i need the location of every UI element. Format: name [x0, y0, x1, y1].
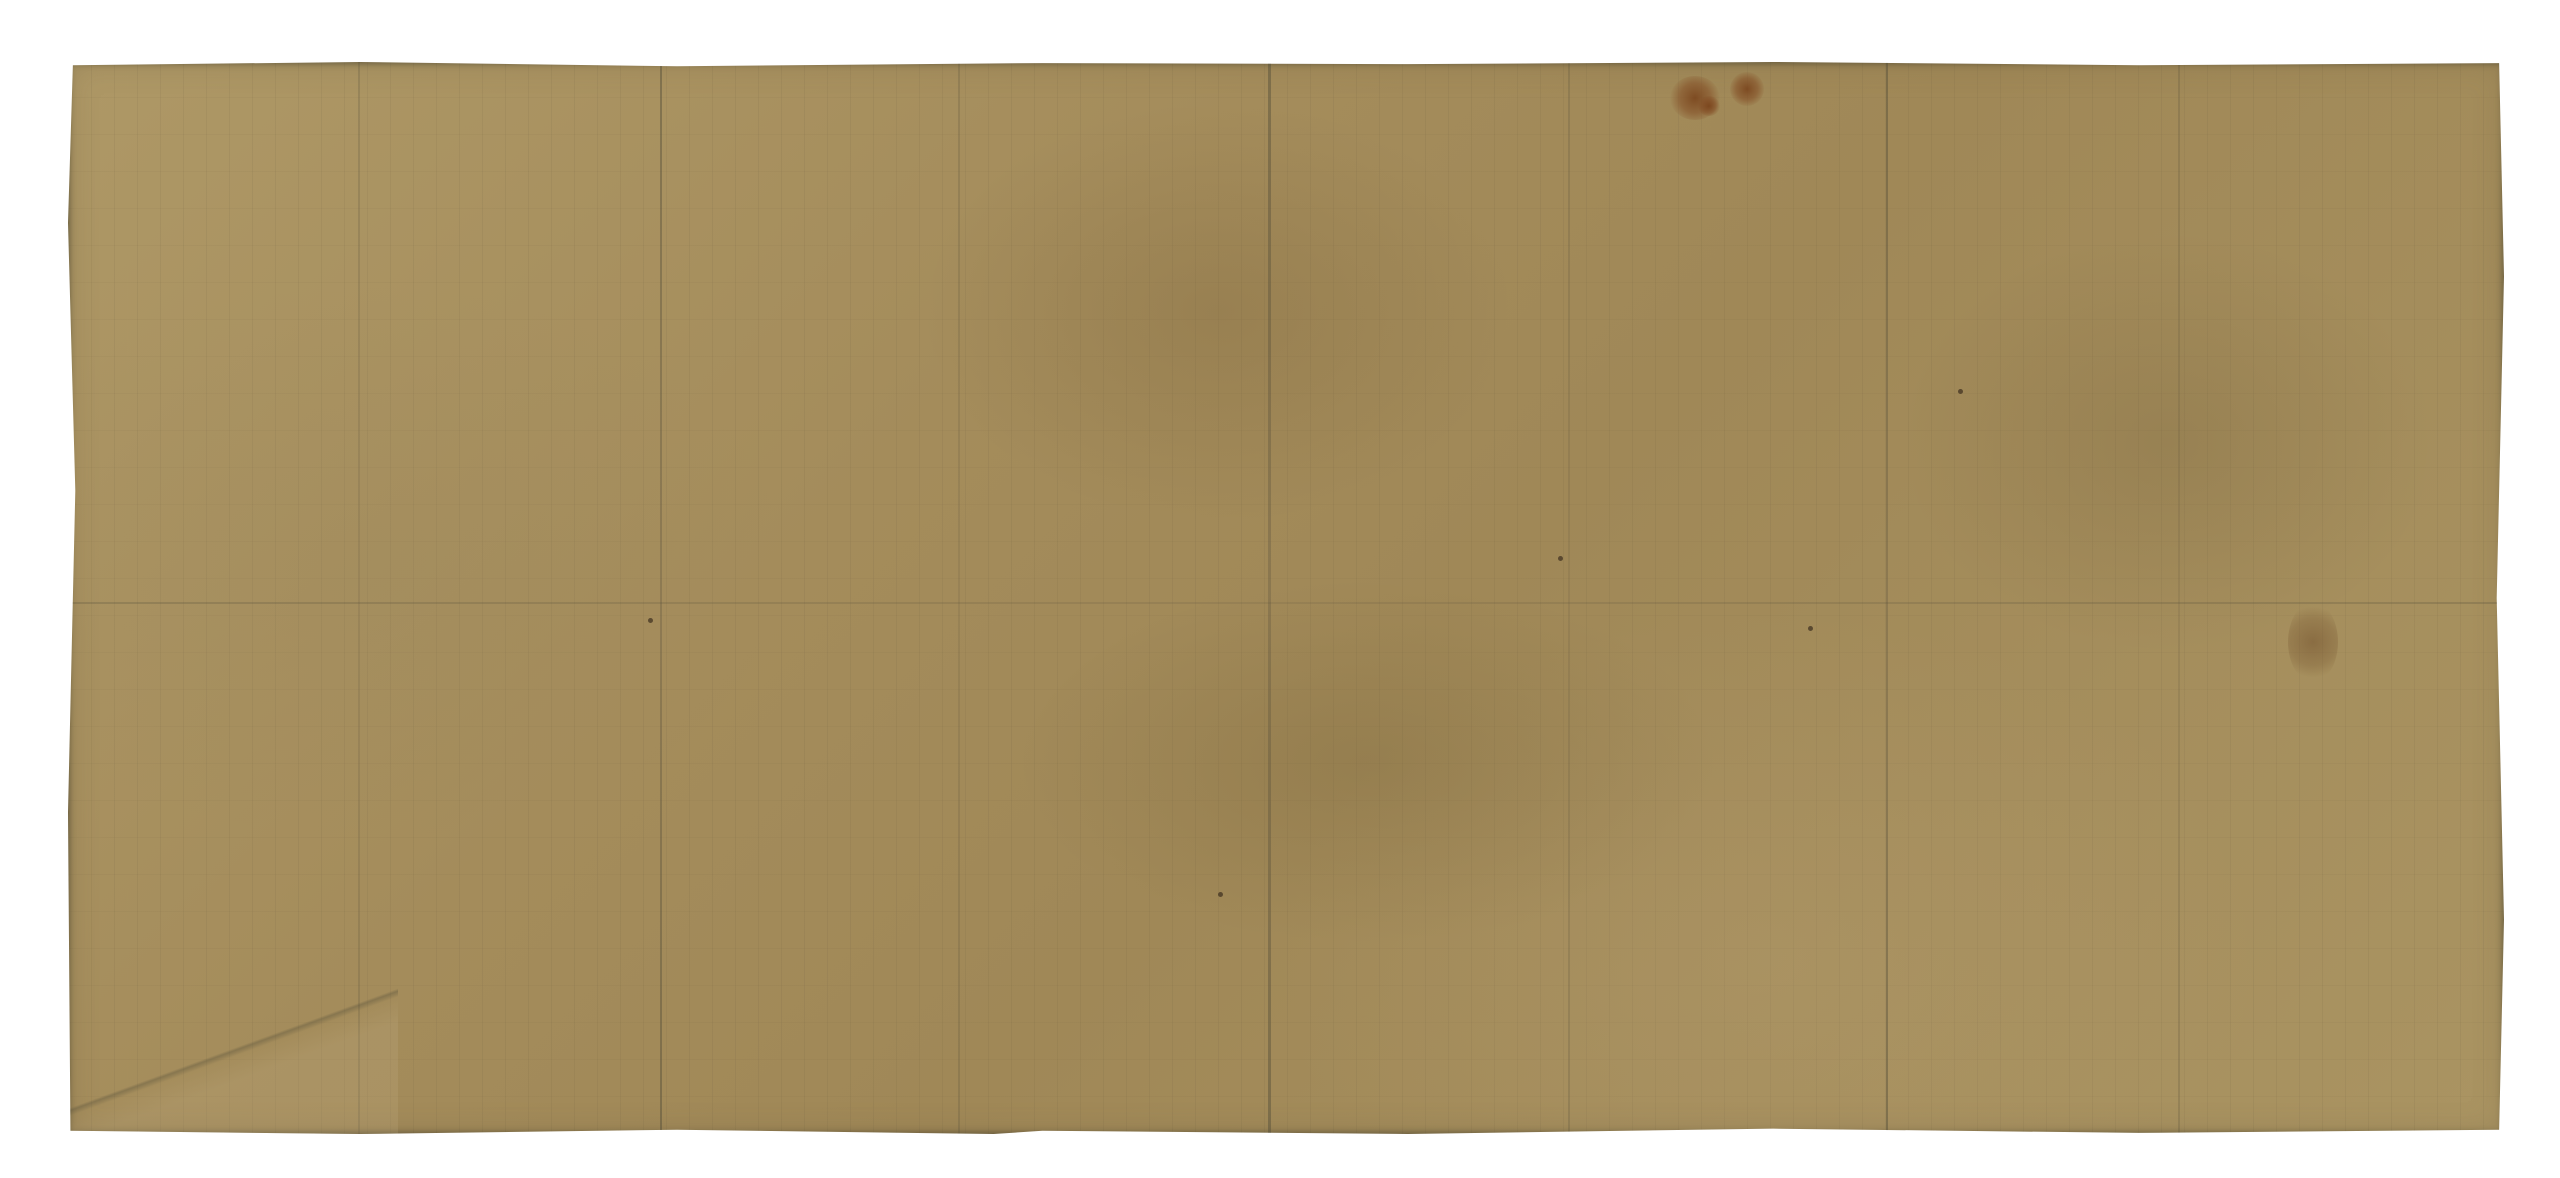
- fold-line: [1886, 62, 1888, 1134]
- speck: [648, 618, 653, 623]
- speck: [1808, 626, 1813, 631]
- speck: [1958, 389, 1963, 394]
- scan-background: [0, 0, 2560, 1178]
- fold-line: [660, 62, 662, 1134]
- fold-line: [2178, 62, 2180, 1134]
- corner-crease: [68, 974, 398, 1134]
- faint-stain: [2288, 602, 2338, 682]
- aged-paper-sheet: [68, 62, 2504, 1134]
- rust-stain: [1730, 72, 1764, 106]
- center-fold-line: [1268, 62, 1271, 1134]
- fold-line: [958, 62, 960, 1134]
- fold-line: [1568, 62, 1570, 1134]
- rust-stain: [1698, 96, 1720, 116]
- speck: [1558, 556, 1563, 561]
- horizontal-fold-line: [68, 602, 2504, 604]
- speck: [1218, 892, 1223, 897]
